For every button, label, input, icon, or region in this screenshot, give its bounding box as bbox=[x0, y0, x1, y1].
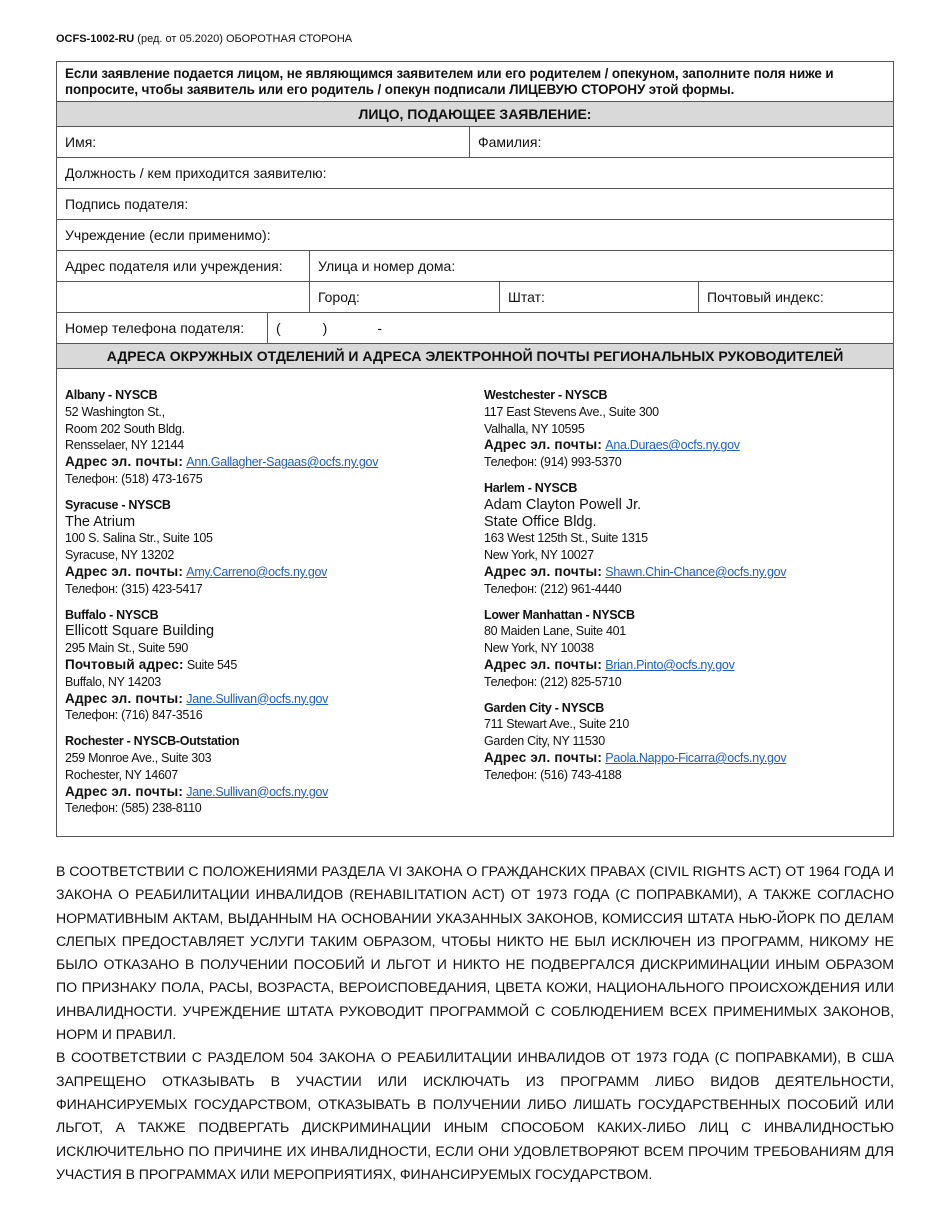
phone-field[interactable]: ( ) - bbox=[267, 313, 893, 343]
office-mailing-address: Почтовый адрес: Suite 545 bbox=[65, 657, 484, 674]
office-name: Westchester - NYSCB bbox=[484, 387, 903, 404]
office-name: Harlem - NYSCB bbox=[484, 480, 903, 497]
office-address-line: Room 202 South Bldg. bbox=[65, 421, 484, 438]
offices-column-left: Albany - NYSCB52 Washington St.,Room 202… bbox=[65, 387, 484, 826]
office-address-line: 52 Washington St., bbox=[65, 404, 484, 421]
office-email: Адрес эл. почты: Brian.Pinto@ocfs.ny.gov bbox=[484, 657, 903, 674]
address-row: Адрес подателя или учреждения: Улица и н… bbox=[57, 251, 893, 282]
office-entry: Harlem - NYSCBAdam Clayton Powell Jr.Sta… bbox=[484, 480, 903, 598]
office-building: Ellicott Square Building bbox=[65, 623, 484, 640]
office-phone: Телефон: (516) 743-4188 bbox=[484, 767, 903, 784]
office-name: Garden City - NYSCB bbox=[484, 700, 903, 717]
office-entry: Albany - NYSCB52 Washington St.,Room 202… bbox=[65, 387, 484, 488]
street-field[interactable]: Улица и номер дома: bbox=[309, 251, 893, 281]
mailing-value: Suite 545 bbox=[187, 658, 237, 672]
phone-row: Номер телефона подателя: ( ) - bbox=[57, 313, 893, 344]
city-state-zip-row: Город: Штат: Почтовый индекс: bbox=[57, 282, 893, 313]
offices-section-title: АДРЕСА ОКРУЖНЫХ ОТДЕЛЕНИЙ И АДРЕСА ЭЛЕКТ… bbox=[57, 344, 893, 368]
last-name-field[interactable]: Фамилия: bbox=[469, 127, 893, 157]
phone-label-cell: Номер телефона подателя: bbox=[57, 313, 267, 343]
office-name: Lower Manhattan - NYSCB bbox=[484, 607, 903, 624]
office-address-line: 711 Stewart Ave., Suite 210 bbox=[484, 716, 903, 733]
offices-list: Albany - NYSCB52 Washington St.,Room 202… bbox=[57, 369, 911, 836]
address-label-cell: Адрес подателя или учреждения: bbox=[57, 251, 309, 281]
office-address-line: Syracuse, NY 13202 bbox=[65, 547, 484, 564]
agency-field[interactable]: Учреждение (если применимо): bbox=[57, 220, 893, 250]
street-label: Улица и номер дома: bbox=[318, 258, 455, 274]
office-address-line: Buffalo, NY 14203 bbox=[65, 674, 484, 691]
office-phone: Телефон: (212) 825-5710 bbox=[484, 674, 903, 691]
office-entry: Syracuse - NYSCBThe Atrium100 S. Salina … bbox=[65, 497, 484, 598]
office-address-line: 163 West 125th St., Suite 1315 bbox=[484, 530, 903, 547]
email-label: Адрес эл. почты: bbox=[65, 564, 183, 579]
last-name-label: Фамилия: bbox=[478, 134, 541, 150]
office-email: Адрес эл. почты: Amy.Carreno@ocfs.ny.gov bbox=[65, 564, 484, 581]
notice-paragraph-civil-rights: В СООТВЕТСТВИИ С ПОЛОЖЕНИЯМИ РАЗДЕЛА VI … bbox=[56, 860, 894, 1046]
first-name-label: Имя: bbox=[65, 134, 96, 150]
email-link[interactable]: Jane.Sullivan@ocfs.ny.gov bbox=[186, 785, 328, 799]
zip-label: Почтовый индекс: bbox=[707, 289, 824, 305]
office-email: Адрес эл. почты: Ana.Duraes@ocfs.ny.gov bbox=[484, 437, 903, 454]
intro-text: Если заявление подается лицом, не являющ… bbox=[57, 62, 893, 101]
email-link[interactable]: Brian.Pinto@ocfs.ny.gov bbox=[605, 658, 734, 672]
email-label: Адрес эл. почты: bbox=[484, 564, 602, 579]
office-building: State Office Bldg. bbox=[484, 514, 903, 531]
signature-row: Подпись подателя: bbox=[57, 189, 893, 220]
office-email: Адрес эл. почты: Ann.Gallagher-Sagaas@oc… bbox=[65, 454, 484, 471]
signature-label: Подпись подателя: bbox=[65, 196, 188, 212]
zip-field[interactable]: Почтовый индекс: bbox=[698, 282, 893, 312]
form-identifier: OCFS-1002-RU (ред. от 05.2020) ОБОРОТНАЯ… bbox=[56, 33, 352, 45]
office-phone: Телефон: (315) 423-5417 bbox=[65, 581, 484, 598]
office-email: Адрес эл. почты: Paola.Nappo-Ficarra@ocf… bbox=[484, 750, 903, 767]
office-address-line: Valhalla, NY 10595 bbox=[484, 421, 903, 438]
empty-cell bbox=[57, 282, 309, 312]
office-name: Buffalo - NYSCB bbox=[65, 607, 484, 624]
office-address-line: 117 East Stevens Ave., Suite 300 bbox=[484, 404, 903, 421]
email-link[interactable]: Jane.Sullivan@ocfs.ny.gov bbox=[186, 692, 328, 706]
email-label: Адрес эл. почты: bbox=[65, 691, 183, 706]
offices-row: Albany - NYSCB52 Washington St.,Room 202… bbox=[57, 369, 893, 836]
relationship-row: Должность / кем приходится заявителю: bbox=[57, 158, 893, 189]
phone-label: Номер телефона подателя: bbox=[65, 320, 244, 336]
state-field[interactable]: Штат: bbox=[499, 282, 698, 312]
email-label: Адрес эл. почты: bbox=[484, 657, 602, 672]
office-phone: Телефон: (212) 961-4440 bbox=[484, 581, 903, 598]
email-label: Адрес эл. почты: bbox=[484, 750, 602, 765]
agency-row: Учреждение (если применимо): bbox=[57, 220, 893, 251]
office-building: Adam Clayton Powell Jr. bbox=[484, 497, 903, 514]
notice-paragraph-section-504: В СООТВЕТСТВИИ С РАЗДЕЛОМ 504 ЗАКОНА О Р… bbox=[56, 1046, 894, 1186]
office-entry: Lower Manhattan - NYSCB80 Maiden Lane, S… bbox=[484, 607, 903, 691]
submitter-section-title: ЛИЦО, ПОДАЮЩЕЕ ЗАЯВЛЕНИЕ: bbox=[57, 102, 893, 126]
email-link[interactable]: Ana.Duraes@ocfs.ny.gov bbox=[605, 438, 739, 452]
offices-column-right: Westchester - NYSCB117 East Stevens Ave.… bbox=[484, 387, 903, 826]
office-address-line: 259 Monroe Ave., Suite 303 bbox=[65, 750, 484, 767]
email-link[interactable]: Paola.Nappo-Ficarra@ocfs.ny.gov bbox=[605, 751, 786, 765]
phone-dash: - bbox=[377, 320, 382, 336]
office-phone: Телефон: (585) 238-8110 bbox=[65, 800, 484, 817]
name-row: Имя: Фамилия: bbox=[57, 127, 893, 158]
city-label: Город: bbox=[318, 289, 360, 305]
email-label: Адрес эл. почты: bbox=[484, 437, 602, 452]
office-phone: Телефон: (518) 473-1675 bbox=[65, 471, 484, 488]
office-address-line: New York, NY 10027 bbox=[484, 547, 903, 564]
office-entry: Rochester - NYSCB-Outstation259 Monroe A… bbox=[65, 733, 484, 817]
office-address-line: 295 Main St., Suite 590 bbox=[65, 640, 484, 657]
email-link[interactable]: Ann.Gallagher-Sagaas@ocfs.ny.gov bbox=[186, 455, 378, 469]
office-address-line: Rensselaer, NY 12144 bbox=[65, 437, 484, 454]
office-email: Адрес эл. почты: Jane.Sullivan@ocfs.ny.g… bbox=[65, 691, 484, 708]
section-header-row: ЛИЦО, ПОДАЮЩЕЕ ЗАЯВЛЕНИЕ: bbox=[57, 102, 893, 127]
office-name: Rochester - NYSCB-Outstation bbox=[65, 733, 484, 750]
form-code: OCFS-1002-RU bbox=[56, 33, 134, 45]
submitter-form: Если заявление подается лицом, не являющ… bbox=[56, 61, 894, 837]
mailing-label: Почтовый адрес: bbox=[65, 657, 184, 672]
office-name: Albany - NYSCB bbox=[65, 387, 484, 404]
office-email: Адрес эл. почты: Shawn.Chin-Chance@ocfs.… bbox=[484, 564, 903, 581]
intro-row: Если заявление подается лицом, не являющ… bbox=[57, 62, 893, 102]
office-entry: Westchester - NYSCB117 East Stevens Ave.… bbox=[484, 387, 903, 471]
office-address-line: 100 S. Salina Str., Suite 105 bbox=[65, 530, 484, 547]
email-label: Адрес эл. почты: bbox=[65, 454, 183, 469]
office-name: Syracuse - NYSCB bbox=[65, 497, 484, 514]
office-phone: Телефон: (914) 993-5370 bbox=[484, 454, 903, 471]
offices-header-row: АДРЕСА ОКРУЖНЫХ ОТДЕЛЕНИЙ И АДРЕСА ЭЛЕКТ… bbox=[57, 344, 893, 369]
office-entry: Buffalo - NYSCBEllicott Square Building2… bbox=[65, 607, 484, 725]
office-phone: Телефон: (716) 847-3516 bbox=[65, 707, 484, 724]
email-link[interactable]: Amy.Carreno@ocfs.ny.gov bbox=[186, 565, 327, 579]
form-revision: (ред. от 05.2020) ОБОРОТНАЯ СТОРОНА bbox=[134, 33, 352, 45]
office-email: Адрес эл. почты: Jane.Sullivan@ocfs.ny.g… bbox=[65, 784, 484, 801]
signature-field[interactable]: Подпись подателя: bbox=[57, 189, 893, 219]
phone-area-close: ) bbox=[323, 320, 328, 336]
phone-area-open: ( bbox=[276, 320, 281, 336]
relationship-field[interactable]: Должность / кем приходится заявителю: bbox=[57, 158, 893, 188]
first-name-field[interactable]: Имя: bbox=[57, 127, 469, 157]
state-label: Штат: bbox=[508, 289, 545, 305]
address-label: Адрес подателя или учреждения: bbox=[65, 258, 283, 274]
office-address-line: Garden City, NY 11530 bbox=[484, 733, 903, 750]
email-link[interactable]: Shawn.Chin-Chance@ocfs.ny.gov bbox=[605, 565, 786, 579]
office-address-line: Rochester, NY 14607 bbox=[65, 767, 484, 784]
email-label: Адрес эл. почты: bbox=[65, 784, 183, 799]
agency-label: Учреждение (если применимо): bbox=[65, 227, 271, 243]
nondiscrimination-notice: В СООТВЕТСТВИИ С ПОЛОЖЕНИЯМИ РАЗДЕЛА VI … bbox=[56, 860, 894, 1186]
city-field[interactable]: Город: bbox=[309, 282, 499, 312]
relationship-label: Должность / кем приходится заявителю: bbox=[65, 165, 327, 181]
office-entry: Garden City - NYSCB711 Stewart Ave., Sui… bbox=[484, 700, 903, 784]
office-building: The Atrium bbox=[65, 514, 484, 531]
office-address-line: 80 Maiden Lane, Suite 401 bbox=[484, 623, 903, 640]
office-address-line: New York, NY 10038 bbox=[484, 640, 903, 657]
